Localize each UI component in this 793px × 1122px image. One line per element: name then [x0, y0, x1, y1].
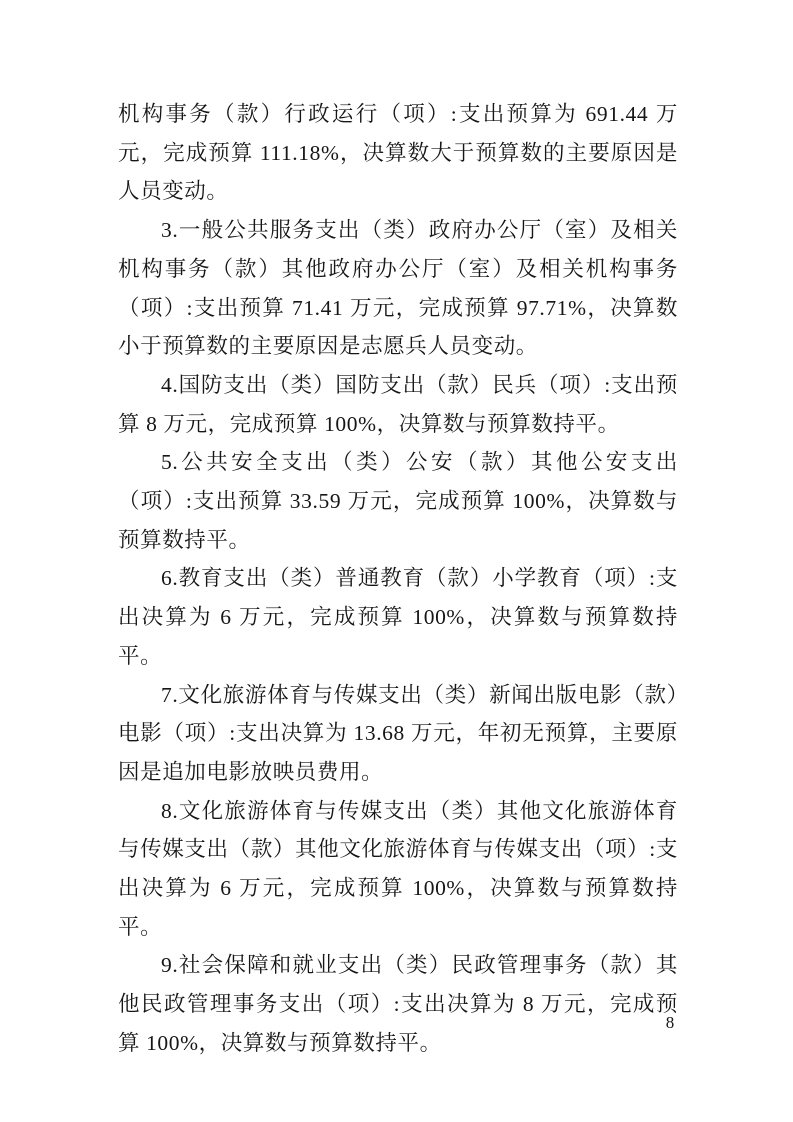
page-number: 8 — [658, 1013, 682, 1033]
paragraph-5-public-security: 5.公共安全支出（类）公安（款）其他公安支出（项）:支出预算 33.59 万元，… — [118, 443, 678, 559]
paragraph-9-social-security-employment: 9.社会保障和就业支出（类）民政管理事务（款）其他民政管理事务支出（项）:支出决… — [118, 946, 678, 1062]
paragraph-6-education: 6.教育支出（类）普通教育（款）小学教育（项）:支出决算为 6 万元，完成预算 … — [118, 559, 678, 675]
document-body: 机构事务（款）行政运行（项）:支出预算为 691.44 万元，完成预算 111.… — [118, 95, 678, 1063]
document-page: 机构事务（款）行政运行（项）:支出预算为 691.44 万元，完成预算 111.… — [0, 0, 793, 1122]
paragraph-3-general-public-services: 3.一般公共服务支出（类）政府办公厅（室）及相关机构事务（款）其他政府办公厅（室… — [118, 211, 678, 366]
paragraph-continuation-admin-operation: 机构事务（款）行政运行（项）:支出预算为 691.44 万元，完成预算 111.… — [118, 95, 678, 211]
paragraph-4-national-defense: 4.国防支出（类）国防支出（款）民兵（项）:支出预算 8 万元，完成预算 100… — [118, 366, 678, 443]
paragraph-8-other-culture-tourism-media: 8.文化旅游体育与传媒支出（类）其他文化旅游体育与传媒支出（款）其他文化旅游体育… — [118, 792, 678, 947]
paragraph-7-culture-tourism-film: 7.文化旅游体育与传媒支出（类）新闻出版电影（款）电影（项）:支出决算为 13.… — [118, 676, 678, 792]
